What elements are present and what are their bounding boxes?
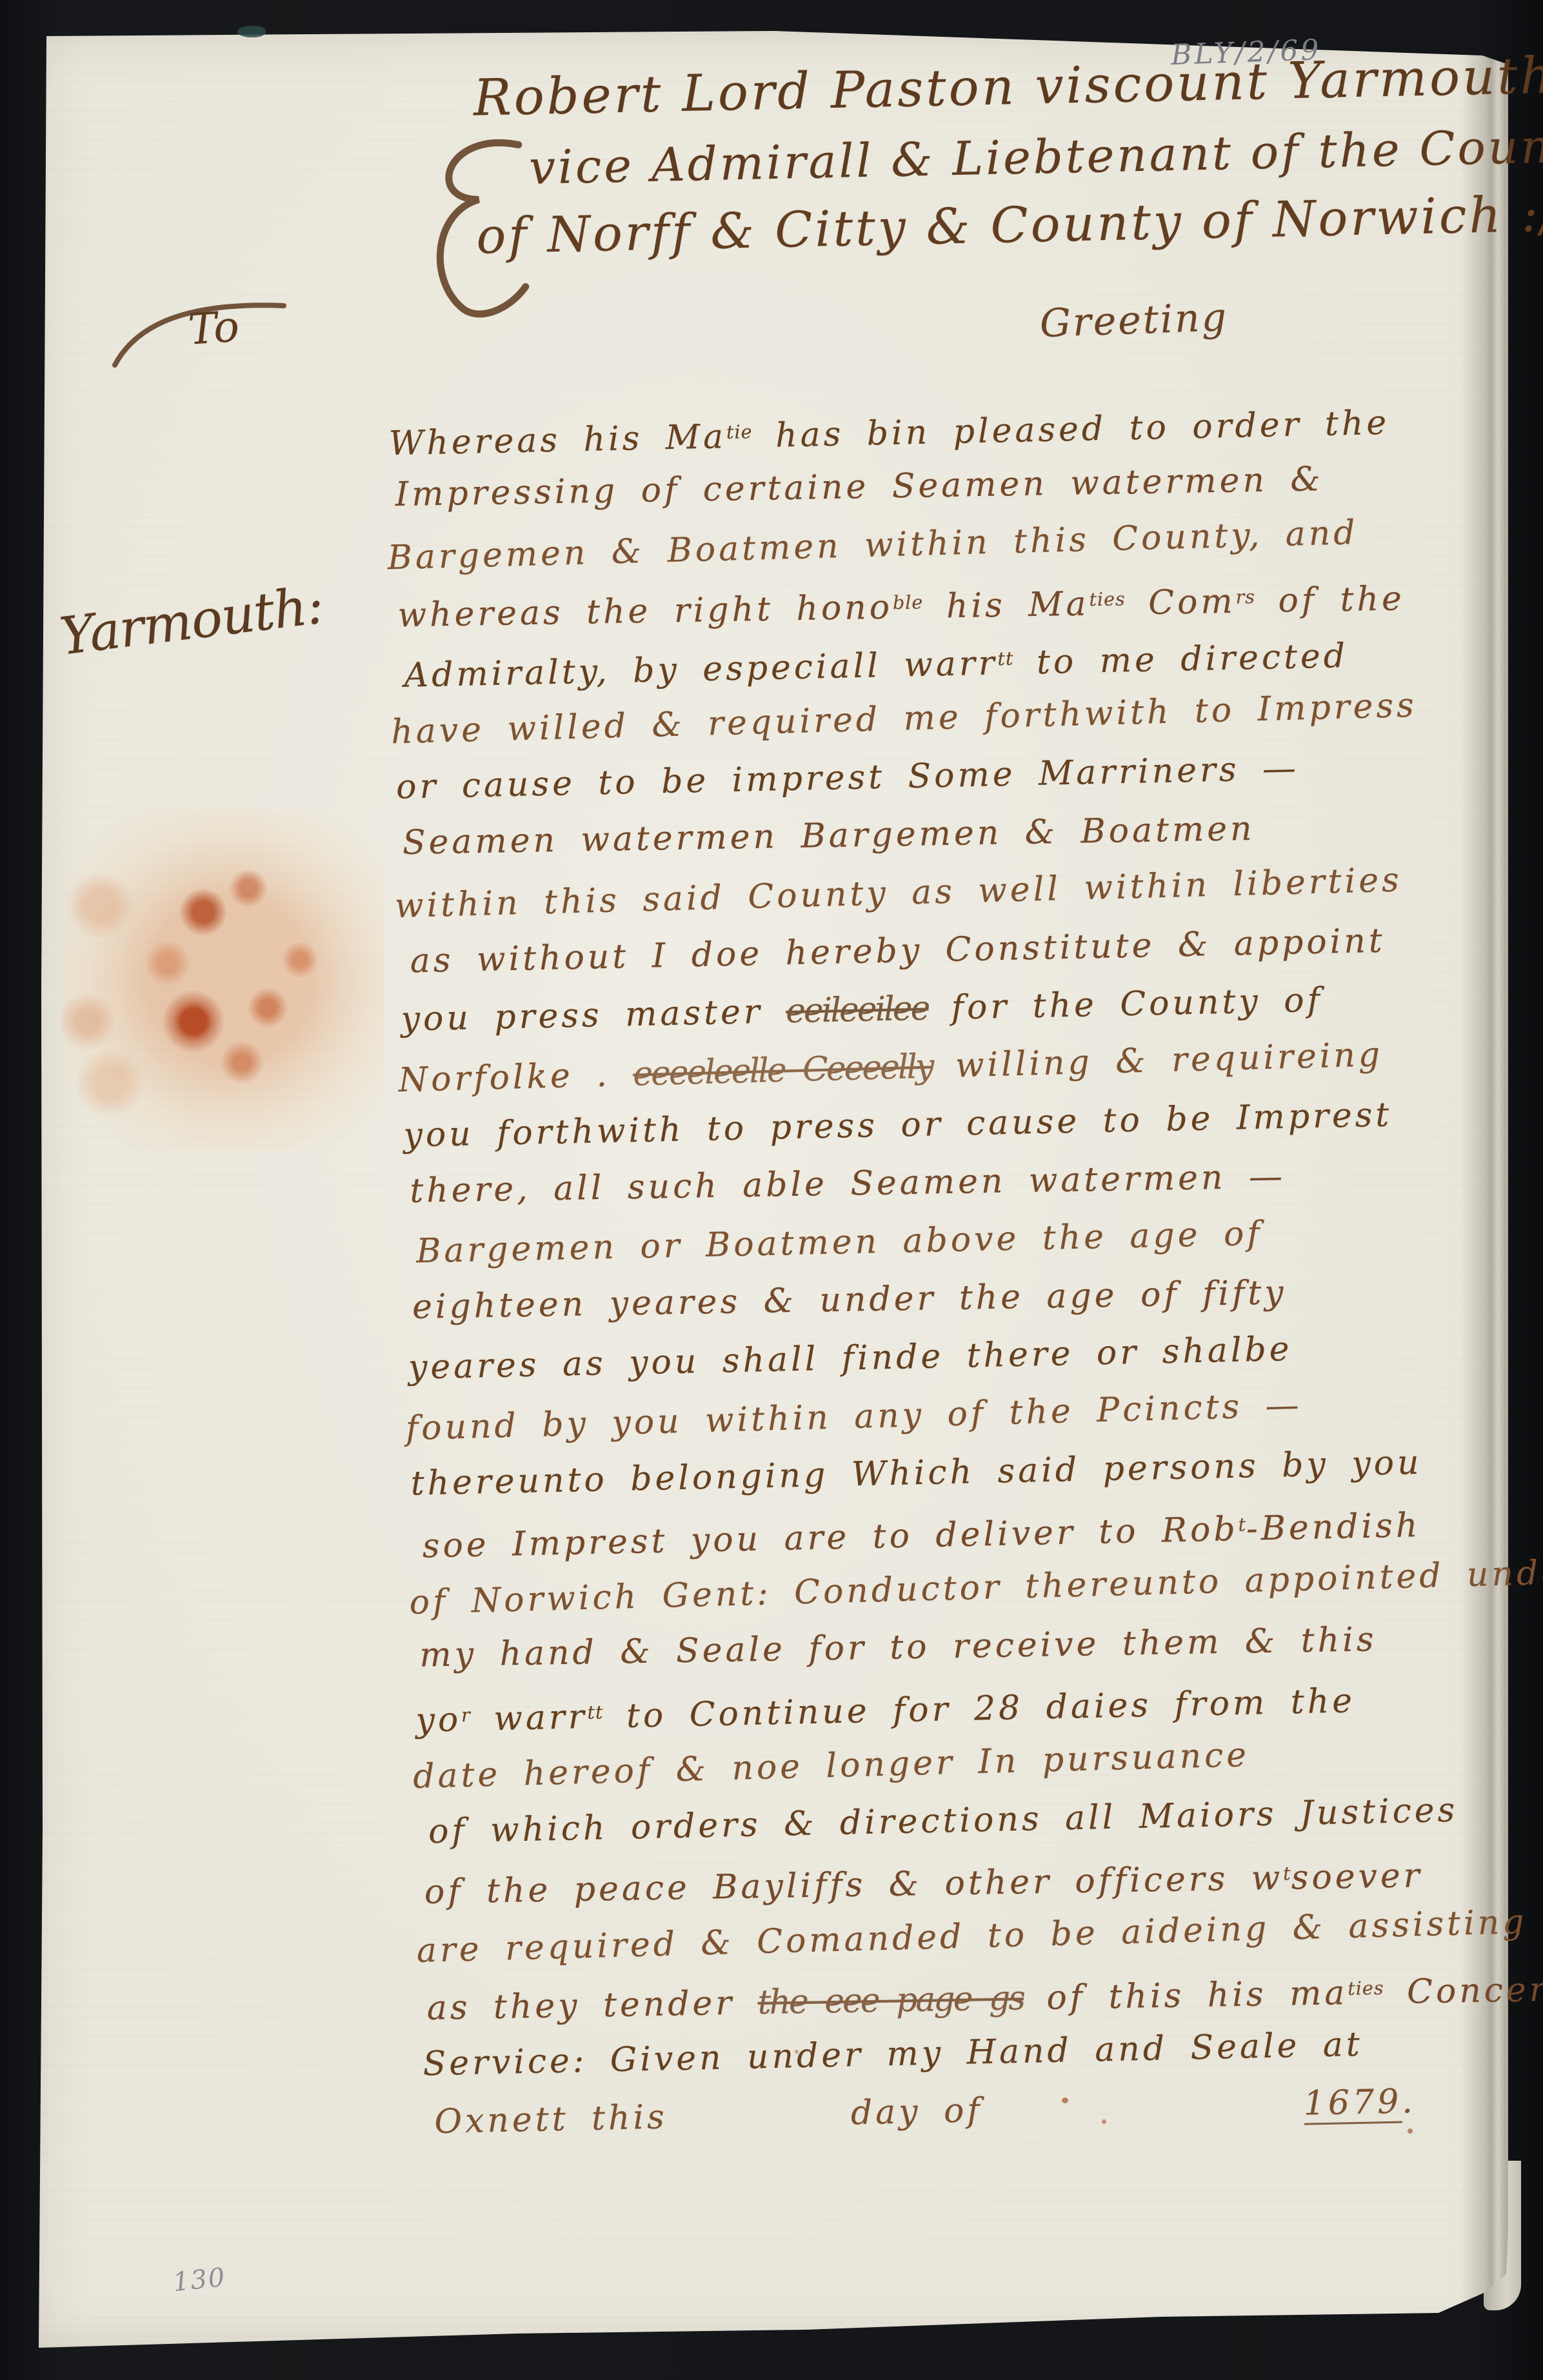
manuscript-text: as they tender <box>426 1983 758 2027</box>
manuscript-text: there, all such able Seamen watermen — <box>410 1157 1286 1211</box>
manuscript-text: Whereas his Ma <box>388 417 726 463</box>
manuscript-text: or cause to be imprest Some Marriners — <box>396 749 1300 806</box>
manuscript-text: of this his ma <box>1023 1974 1348 2018</box>
salutation-greeting: Greeting <box>1039 295 1229 346</box>
manuscript-text: date hereof & noe longer In pursuance <box>413 1736 1250 1796</box>
manuscript-text: Norfolke . <box>398 1055 633 1100</box>
manuscript-text: Seamen watermen Bargemen & Boatmen <box>402 809 1255 862</box>
wax-seal-stain <box>61 809 384 1151</box>
header-line-2: vice Admirall & Liebtenant of the County <box>528 120 1497 194</box>
manuscript-text: Oxnett this <box>434 2097 668 2141</box>
manuscript-text: yo <box>415 1700 462 1740</box>
manuscript-text <box>982 2085 1304 2130</box>
body-lines: Whereas his Matie has bin pleased to ord… <box>388 388 1508 2152</box>
manuscript-text: yeares as you shall finde there or shalb… <box>408 1330 1293 1387</box>
manuscript-text: tt <box>997 648 1014 670</box>
manuscript-text: you press master <box>401 992 786 1038</box>
manuscript-text: -Bendish <box>1246 1506 1421 1549</box>
manuscript-text: Com <box>1125 582 1236 623</box>
manuscript-text: 1679 <box>1303 2083 1402 2125</box>
manuscript-text: . <box>1402 2082 1417 2121</box>
manuscript-text: for the County of <box>928 981 1324 1028</box>
salutation-to: To <box>186 301 241 354</box>
manuscript-text: Bargemen or Boatmen above the age of <box>416 1215 1264 1271</box>
manuscript-text: Concerne & <box>1384 1968 1543 2012</box>
manuscript-text: r <box>461 1704 471 1726</box>
manuscript-text: ble <box>893 591 924 614</box>
debris-mark <box>237 26 266 37</box>
manuscript-text: willing & requireing <box>932 1035 1384 1086</box>
manuscript-text: to me directed <box>1013 637 1349 682</box>
manuscript-text: has bin pleased to order the <box>752 404 1390 456</box>
manuscript-text: Admiralty, by especiall warr <box>404 644 998 695</box>
struck-out-text: the eee page gs <box>757 1979 1024 2023</box>
manuscript-text: ties <box>1348 1977 1384 1999</box>
manuscript-text: tt <box>587 1701 604 1723</box>
manuscript-text: rs <box>1235 586 1255 608</box>
manuscript-text: eighteen yeares & under the age of fifty <box>412 1273 1287 1326</box>
photograph-background: BLY/2/69 Robert Lord Paston viscount Yar… <box>0 0 1543 2380</box>
folio-number: 130 <box>172 2263 228 2297</box>
manuscript-text: my hand & Seale for to receive them & th… <box>419 1620 1377 1675</box>
manuscript-text: Impressing of certaine Seamen watermen & <box>395 460 1324 514</box>
manuscript-text: t <box>1238 1513 1246 1535</box>
manuscript-text: warr <box>470 1698 588 1739</box>
manuscript-text: day of <box>850 2091 983 2132</box>
document-header: Robert Lord Paston viscount Yarmouth vic… <box>411 48 1498 266</box>
manuscript-text: as without I doe hereby Constitute & app… <box>410 922 1386 981</box>
manuscript-text: of which orders & directions all Maiors … <box>428 1791 1458 1851</box>
manuscript-text: ties <box>1089 588 1126 610</box>
struck-out-text: eeeeleelle Ceeeelly <box>633 1047 933 1094</box>
manuscript-text: t <box>1283 1862 1291 1884</box>
manuscript-text: soever <box>1291 1856 1423 1897</box>
manuscript-text <box>667 2094 851 2136</box>
manuscript-text: of the <box>1255 579 1406 620</box>
manuscript-text: Service: Given under my Hand and Seale a… <box>423 2025 1363 2084</box>
manuscript-text: his Ma <box>923 585 1090 626</box>
struck-out-text: eeileeilee <box>786 989 929 1031</box>
manuscript-text: tie <box>726 421 753 443</box>
manuscript-text: whereas the right hono <box>397 588 893 635</box>
